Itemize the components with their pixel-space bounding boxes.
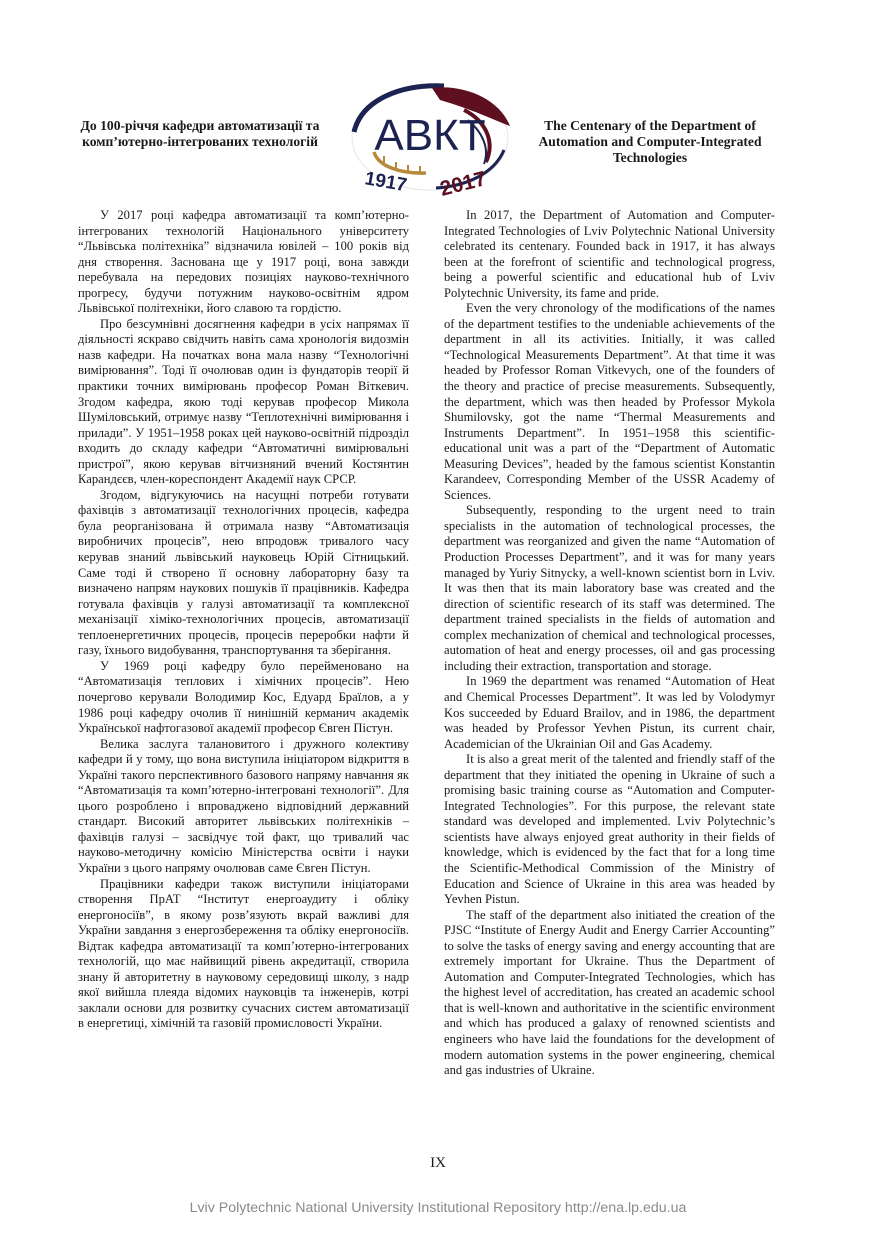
department-logo: АВКТ 1917 2017 bbox=[344, 80, 516, 202]
paragraph: У 2017 році кафедра автоматизації та ком… bbox=[78, 208, 409, 317]
paragraph: Працівники кафедри також виступили ініці… bbox=[78, 877, 409, 1032]
paragraph: Велика заслуга талановитого і дружного к… bbox=[78, 737, 409, 877]
header-title-english: The Centenary of the Department of Autom… bbox=[522, 118, 778, 166]
avkt-logo-icon: АВКТ 1917 2017 bbox=[344, 80, 516, 202]
paragraph: In 2017, the Department of Automation an… bbox=[444, 208, 775, 301]
repository-footer: Lviv Polytechnic National University Ins… bbox=[0, 1200, 876, 1216]
paragraph: Even the very chronology of the modifica… bbox=[444, 301, 775, 503]
ukrainian-text-column: У 2017 році кафедра автоматизації та ком… bbox=[78, 208, 409, 1032]
logo-text: АВКТ bbox=[374, 111, 485, 160]
paragraph: Subsequently, responding to the urgent n… bbox=[444, 503, 775, 674]
paragraph: Згодом, відгукуючись на насущні потреби … bbox=[78, 488, 409, 659]
paragraph: It is also a great merit of the talented… bbox=[444, 752, 775, 907]
paragraph: The staff of the department also initiat… bbox=[444, 908, 775, 1079]
paragraph: In 1969 the department was renamed “Auto… bbox=[444, 674, 775, 752]
paragraph: Про безсумнівні досягнення кафедри в усі… bbox=[78, 317, 409, 488]
header-title-ukrainian: До 100-річчя кафедри автоматизації та ко… bbox=[72, 118, 328, 150]
paragraph: У 1969 році кафедру було перейменовано н… bbox=[78, 659, 409, 737]
page-number: IX bbox=[0, 1155, 876, 1172]
english-text-column: In 2017, the Department of Automation an… bbox=[444, 208, 775, 1079]
